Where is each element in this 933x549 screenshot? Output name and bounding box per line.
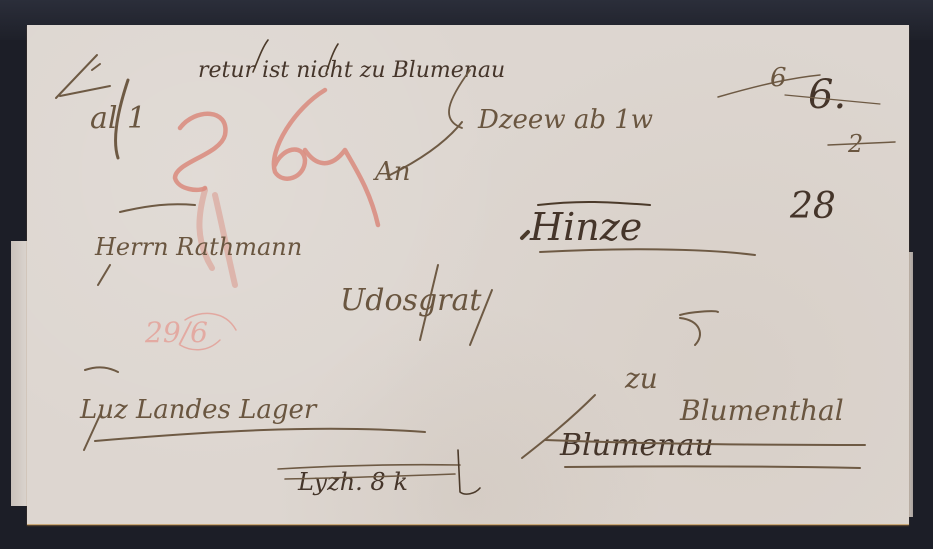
surname: Hinze [522, 202, 755, 255]
address-line-2: Udosgrat [340, 283, 482, 318]
destination-crossed-text: Blumenau [559, 428, 714, 463]
handwriting-layer: retur ist nicht zu Blumenau al 1 6 6. 2 … [0, 0, 933, 549]
left-lower-line-text: Luz Landes Lager [79, 395, 318, 425]
bottom-crossed-note: Lyzh. 8 k [278, 450, 480, 496]
address-line-1: Herrn Rathmann [94, 233, 302, 261]
top-line-retur: retur ist nicht zu Blumenau [198, 40, 505, 83]
pink-note-text: 29/6 [144, 316, 208, 349]
postmark-line-text: Dzeew ab 1w [477, 105, 653, 135]
salutation: An [373, 122, 462, 187]
destination-prefix-text: zu [624, 362, 658, 395]
surname-text: Hinze [529, 205, 642, 249]
top-right-rates: 6 6. 2 [718, 63, 895, 158]
left-lower-line: Luz Landes Lager [79, 367, 425, 450]
right-number-28: 28 [789, 186, 836, 227]
destination-new-text: Blumenthal [679, 394, 844, 427]
salutation-text: An [373, 157, 411, 187]
pink-note: 29/6 [144, 313, 236, 349]
bottom-crossed-text: Lyzh. 8 k [297, 468, 408, 496]
destination-block: zu Blumenthal Blumenau [522, 311, 865, 468]
rate-current-6: 6. [808, 72, 846, 118]
top-left-marks: al 1 [56, 55, 146, 158]
top-line-text: retur ist nicht zu Blumenau [198, 58, 505, 83]
rate-crossed-6: 6 [770, 63, 787, 93]
